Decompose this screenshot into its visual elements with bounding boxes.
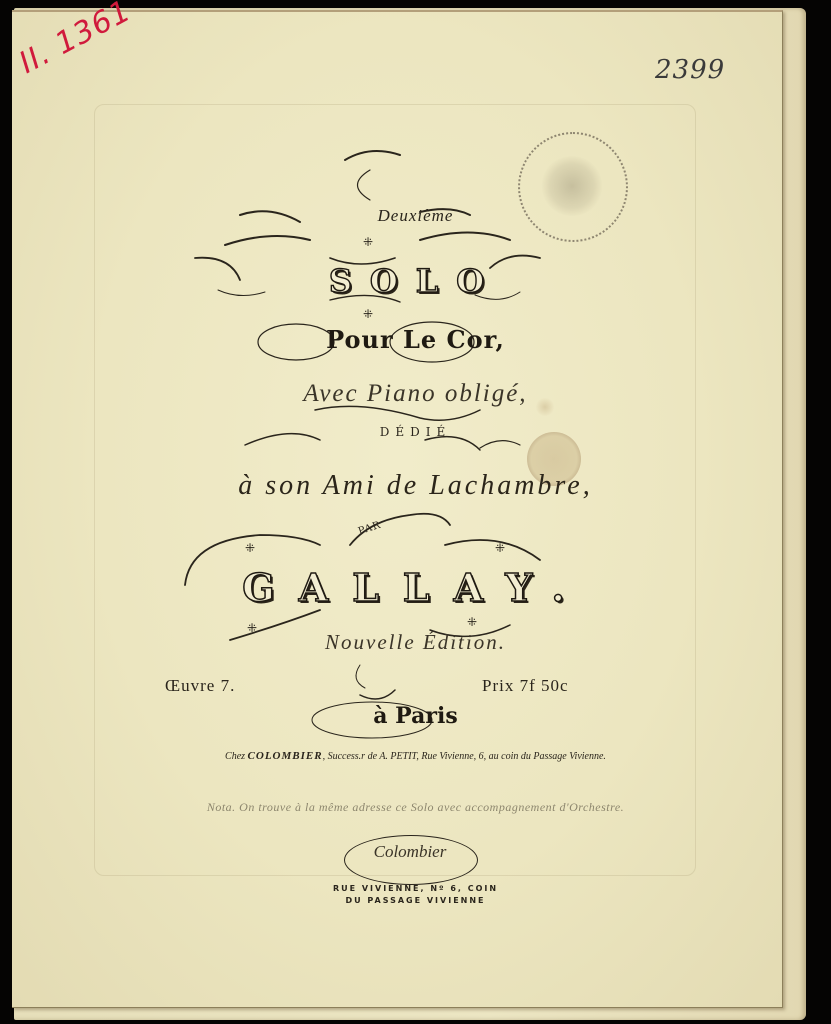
catalog-number: 2399 [655,55,725,85]
svg-text:⁜: ⁜ [363,235,373,249]
dedication-label: DÉDIÉ [0,425,831,439]
instrument-line: Pour Le Cor, [0,325,831,354]
svg-text:⁜: ⁜ [467,615,477,629]
publisher-prefix: Chez [225,751,245,762]
composer-name: GALLAY. [0,565,831,610]
dedicatee-line: à son Ami de Lachambre, [0,470,831,502]
city-line: à Paris [0,703,831,729]
orchestra-notice: Nota. On trouve à la même adresse ce Sol… [0,800,831,815]
seal-address-line-2: DU PASSAGE VIVIENNE [0,896,831,905]
price: Prix 7f 50c [482,676,569,696]
seal-signature: Colombier [344,842,476,862]
svg-text:⁜: ⁜ [495,541,505,555]
main-title: SOLO [0,262,831,300]
svg-text:⁜: ⁜ [363,307,373,321]
publisher-name: COLOMBIER [248,750,323,762]
ordinal-text: Deuxième [0,206,831,226]
svg-text:⁜: ⁜ [245,541,255,555]
publisher-address: , Success.r de A. PETIT, Rue Vivienne, 6… [323,751,606,762]
seal-address-line-1: RUE VIVIENNE, Nº 6, COIN [0,884,831,893]
publisher-line: Chez COLOMBIER, Success.r de A. PETIT, R… [0,750,831,762]
accompaniment-line: Avec Piano obligé, [0,380,831,408]
opus-number: Œuvre 7. [165,676,235,696]
edition-line: Nouvelle Édition. [0,630,831,655]
